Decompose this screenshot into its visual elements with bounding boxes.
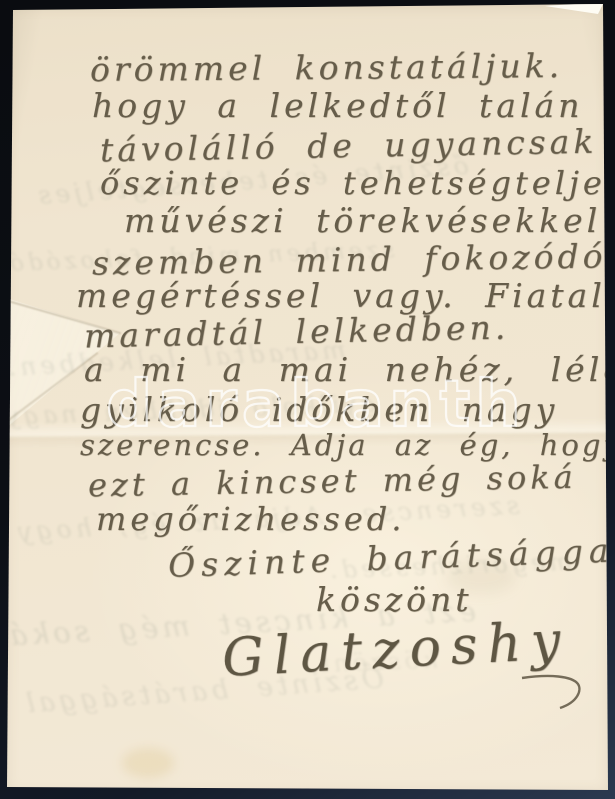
letter-line: távolálló de ugyancsak	[100, 122, 598, 170]
letter-line: őszinte és tehetségteljes	[100, 164, 615, 202]
letter-line: hogy a lelkedtől talán	[92, 86, 583, 125]
signature-flourish-stroke	[520, 672, 590, 712]
letter-closing-line: Őszinte barátsággal	[167, 530, 615, 585]
paper-stain	[122, 748, 174, 778]
letter-line: művészi törekvésekkel	[124, 201, 601, 240]
letter-line: megértéssel vagy. Fiatal	[76, 276, 606, 315]
scanned-letter-photo: őszinte és tehetségteljes szemben mind f…	[0, 0, 615, 799]
letter-line: maradtál lelkedben.	[84, 308, 510, 356]
darabanth-watermark: darabanth	[106, 368, 525, 442]
letter-line: örömmel konstatáljuk.	[90, 46, 563, 89]
letter-closing-line: köszönt	[316, 580, 473, 619]
letter-line: megőrizhessed.	[96, 500, 405, 538]
